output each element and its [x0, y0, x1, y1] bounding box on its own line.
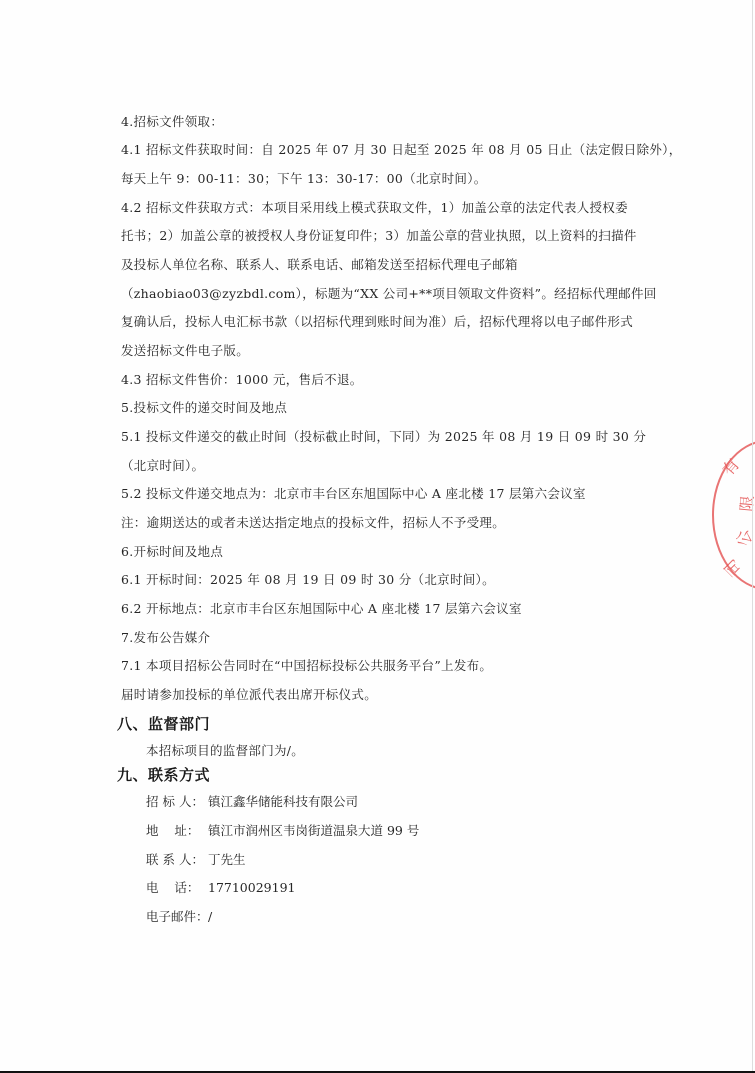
- section-7-2: 届时请参加投标的单位派代表出席开标仪式。: [121, 687, 377, 703]
- contact-value: /: [208, 909, 212, 924]
- contact-row-phone: 电 话：17710029191: [146, 880, 295, 896]
- section-4-2-line-2: 托书；2）加盖公章的被授权人身份证复印件；3）加盖公章的营业执照，以上资料的扫描…: [121, 228, 637, 244]
- section-5-heading: 5.投标文件的递交时间及地点: [121, 400, 287, 416]
- contact-value: 17710029191: [208, 880, 295, 895]
- contact-label: 地 址：: [146, 823, 208, 839]
- contact-label: 联 系 人：: [146, 852, 208, 868]
- section-4-2-line-1: 4.2 招标文件获取方式：本项目采用线上模式获取文件，1）加盖公章的法定代表人授…: [121, 200, 628, 216]
- contact-label: 电子邮件：: [146, 909, 208, 925]
- contact-value: 镇江市润州区韦岗街道温泉大道 99 号: [208, 823, 419, 838]
- contact-row-email: 电子邮件：/: [146, 909, 212, 925]
- supervision-heading: 八、监督部门: [117, 715, 210, 733]
- contact-label: 招 标 人：: [146, 794, 208, 810]
- section-4-2-line-4: （zhaobiao03@zyzbdl.com），标题为“XX 公司+**项目领取…: [121, 286, 657, 302]
- contact-label: 电 话：: [146, 880, 208, 896]
- supervision-body: 本招标项目的监督部门为/。: [146, 743, 304, 759]
- section-4-2-line-3: 及投标人单位名称、联系人、联系电话、邮箱发送至招标代理电子邮箱: [121, 257, 518, 273]
- contact-value: 镇江鑫华储能科技有限公司: [208, 794, 358, 809]
- section-5-1-line-2: （北京时间）。: [121, 458, 204, 474]
- contact-row-tenderer: 招 标 人：镇江鑫华储能科技有限公司: [146, 794, 358, 810]
- section-4-3: 4.3 招标文件售价：1000 元，售后不退。: [121, 372, 363, 388]
- section-5-2: 5.2 投标文件递交地点为：北京市丰台区东旭国际中心 A 座北楼 17 层第六会…: [121, 486, 586, 502]
- section-4-1-line-2: 每天上午 9：00-11：30；下午 13：30-17：00（北京时间）。: [121, 171, 487, 187]
- section-4-2-line-5: 复确认后，投标人电汇标书款（以招标代理到账时间为准）后，招标代理将以电子邮件形式: [121, 314, 633, 330]
- page-edge: [752, 0, 753, 1073]
- contact-heading: 九、联系方式: [117, 766, 210, 784]
- section-4-1-line-1: 4.1 招标文件获取时间：自 2025 年 07 月 30 日起至 2025 年…: [121, 142, 682, 158]
- section-5-note: 注：逾期送达的或者未送达指定地点的投标文件，招标人不予受理。: [121, 515, 505, 531]
- contact-row-person: 联 系 人：丁先生: [146, 852, 246, 868]
- section-4-2-line-6: 发送招标文件电子版。: [121, 343, 249, 359]
- document-page: 4.招标文件领取： 4.1 招标文件获取时间：自 2025 年 07 月 30 …: [0, 0, 755, 1073]
- section-6-2: 6.2 开标地点：北京市丰台区东旭国际中心 A 座北楼 17 层第六会议室: [121, 601, 522, 617]
- section-6-heading: 6.开标时间及地点: [121, 544, 223, 560]
- contact-row-address: 地 址：镇江市润州区韦岗街道温泉大道 99 号: [146, 823, 419, 839]
- section-7-heading: 7.发布公告媒介: [121, 630, 210, 646]
- section-6-1: 6.1 开标时间：2025 年 08 月 19 日 09 时 30 分（北京时间…: [121, 572, 495, 588]
- section-4-heading: 4.招标文件领取：: [121, 114, 223, 130]
- section-7-1: 7.1 本项目招标公告同时在“中国招标投标公共服务平台”上发布。: [121, 658, 492, 674]
- contact-value: 丁先生: [208, 852, 246, 867]
- section-5-1-line-1: 5.1 投标文件递交的截止时间（投标截止时间，下同）为 2025 年 08 月 …: [121, 429, 646, 445]
